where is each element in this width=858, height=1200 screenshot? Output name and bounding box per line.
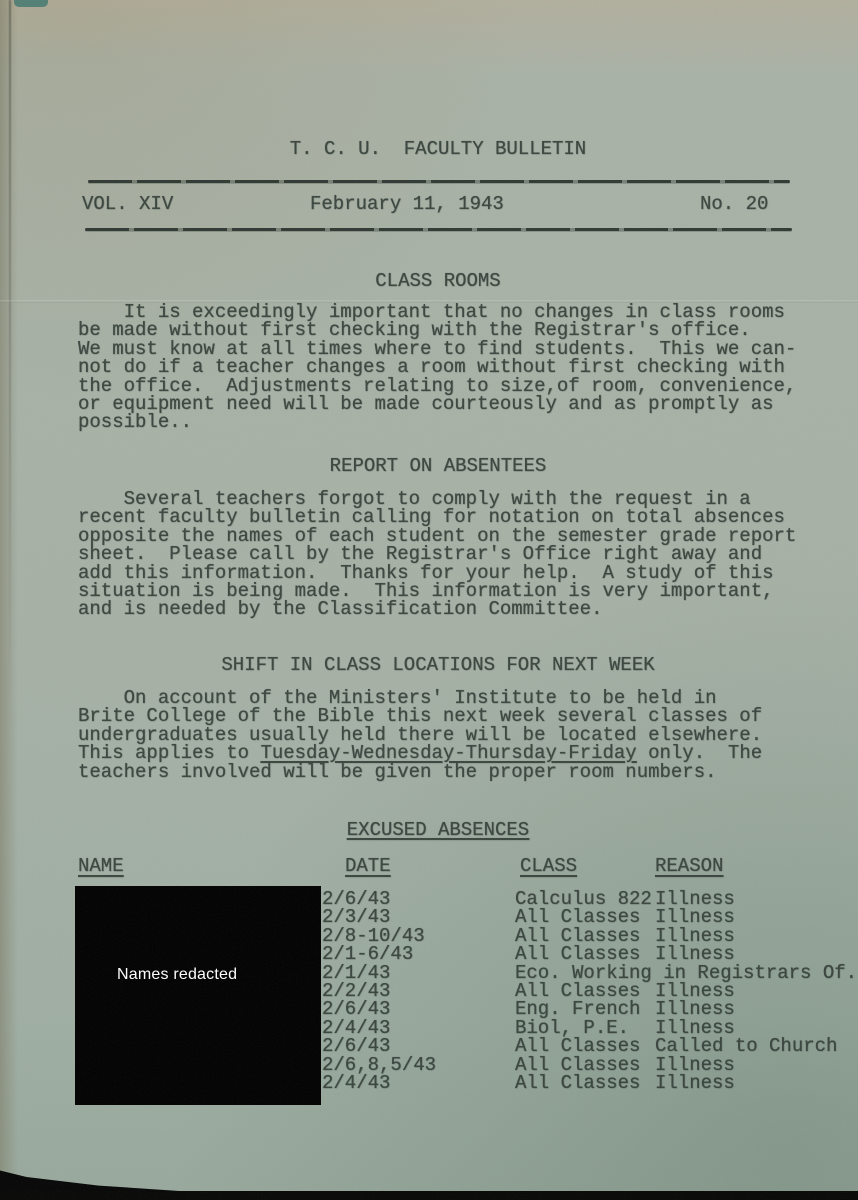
masthead-title: T. C. U. FACULTY BULLETIN — [78, 138, 798, 160]
redaction-box: Names redacted — [75, 886, 321, 1105]
scan-bottom-border — [0, 1191, 858, 1200]
cell-class: All Classes — [515, 1074, 640, 1092]
issue-date: February 11, 1943 — [310, 193, 504, 215]
cell-date: 2/6/43 — [322, 1037, 390, 1055]
paper-edge-fragment — [14, 0, 48, 7]
paragraph-class-rooms: It is exceedingly important that no chan… — [78, 303, 796, 432]
column-header-name: NAME — [78, 855, 124, 877]
section-heading-excused-absences: EXCUSED ABSENCES — [78, 819, 798, 841]
volume-number: VOL. XIV — [82, 193, 173, 215]
section-heading-class-rooms: CLASS ROOMS — [78, 270, 798, 292]
divider-rule-bottom — [85, 228, 792, 231]
column-header-date: DATE — [345, 855, 391, 877]
divider-rule-top — [88, 180, 790, 183]
cell-reason: Illness — [655, 945, 735, 963]
text-line: and is needed by the Classification Comm… — [78, 600, 796, 618]
text-line: This applies to Tuesday-Wednesday-Thursd… — [78, 744, 762, 762]
cell-reason: Illness — [655, 1000, 735, 1018]
cell-class: All Classes — [515, 1037, 640, 1055]
section-heading-shift-locations: SHIFT IN CLASS LOCATIONS FOR NEXT WEEK — [78, 654, 798, 676]
cell-reason: Illness — [655, 1074, 735, 1092]
section-heading-report-absentees: REPORT ON ABSENTEES — [78, 455, 798, 477]
cell-date: 2/6/43 — [322, 1000, 390, 1018]
cell-date: 2/4/43 — [322, 1074, 390, 1092]
column-header-class: CLASS — [520, 855, 577, 877]
issue-number: No. 20 — [700, 193, 768, 215]
redaction-label: Names redacted — [117, 966, 237, 984]
column-header-reason: REASON — [655, 855, 723, 877]
bulletin-page: T. C. U. FACULTY BULLETIN VOL. XIV Febru… — [0, 0, 858, 1200]
paragraph-shift-locations: On account of the Ministers' Institute t… — [78, 689, 762, 781]
text-line: sheet. Please call by the Registrar's Of… — [78, 545, 796, 563]
cell-class: Eng. French — [515, 1000, 640, 1018]
cell-class: All Classes — [515, 945, 640, 963]
paper-crease-vertical — [9, 0, 11, 696]
text-line: teachers involved will be given the prop… — [78, 763, 762, 781]
paragraph-report-absentees: Several teachers forgot to comply with t… — [78, 490, 796, 619]
text-line: not do if a teacher changes a room witho… — [78, 358, 796, 376]
cell-reason: Called to Church — [655, 1037, 837, 1055]
cell-date: 2/1-6/43 — [322, 945, 413, 963]
text-line: possible.. — [78, 413, 796, 431]
